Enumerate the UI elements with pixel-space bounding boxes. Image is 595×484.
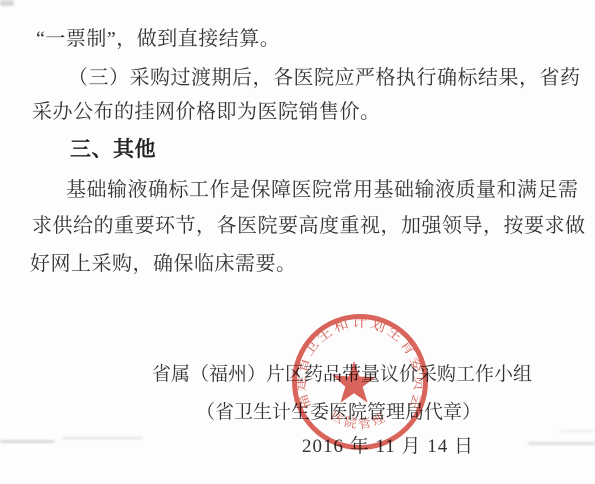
body-line-2: （三）采购过渡期后，各医院应严格执行确标结果，省药 <box>68 61 581 90</box>
body-line-5: 基础输液确标工作是保障医院常用基础输液质量和满足需 <box>66 173 579 202</box>
document-page: “一票制”，做到直接结算。 （三）采购过渡期后，各医院应严格执行确标结果，省药 … <box>0 0 595 484</box>
scan-streak-bottom-left-1 <box>0 440 55 443</box>
scan-streak-bottom-left-2 <box>62 437 142 439</box>
svg-text:福建省卫生和计划生育委员会: 福建省卫生和计划生育委员会 <box>292 314 428 414</box>
seal-star-icon <box>332 361 376 403</box>
scan-streak-bottom-right-2 <box>560 430 595 432</box>
seal-arc-text: 福建省卫生和计划生育委员会 <box>292 314 428 414</box>
scan-smudge-top-left <box>0 0 14 6</box>
body-line-7: 好网上采购，确保临床需要。 <box>30 247 297 276</box>
scan-streak-bottom-right-1 <box>528 442 595 445</box>
section-heading: 三、其他 <box>70 133 156 163</box>
body-line-1: “一票制”，做到直接结算。 <box>36 22 280 51</box>
body-line-6: 求供给的重要环节，各医院要高度重视，加强领导，按要求做 <box>32 209 586 238</box>
official-seal: 福建省卫生和计划生育委员会 医院管理局 <box>280 302 440 462</box>
body-line-3: 采办公布的挂网价格即为医院销售价。 <box>32 95 381 124</box>
